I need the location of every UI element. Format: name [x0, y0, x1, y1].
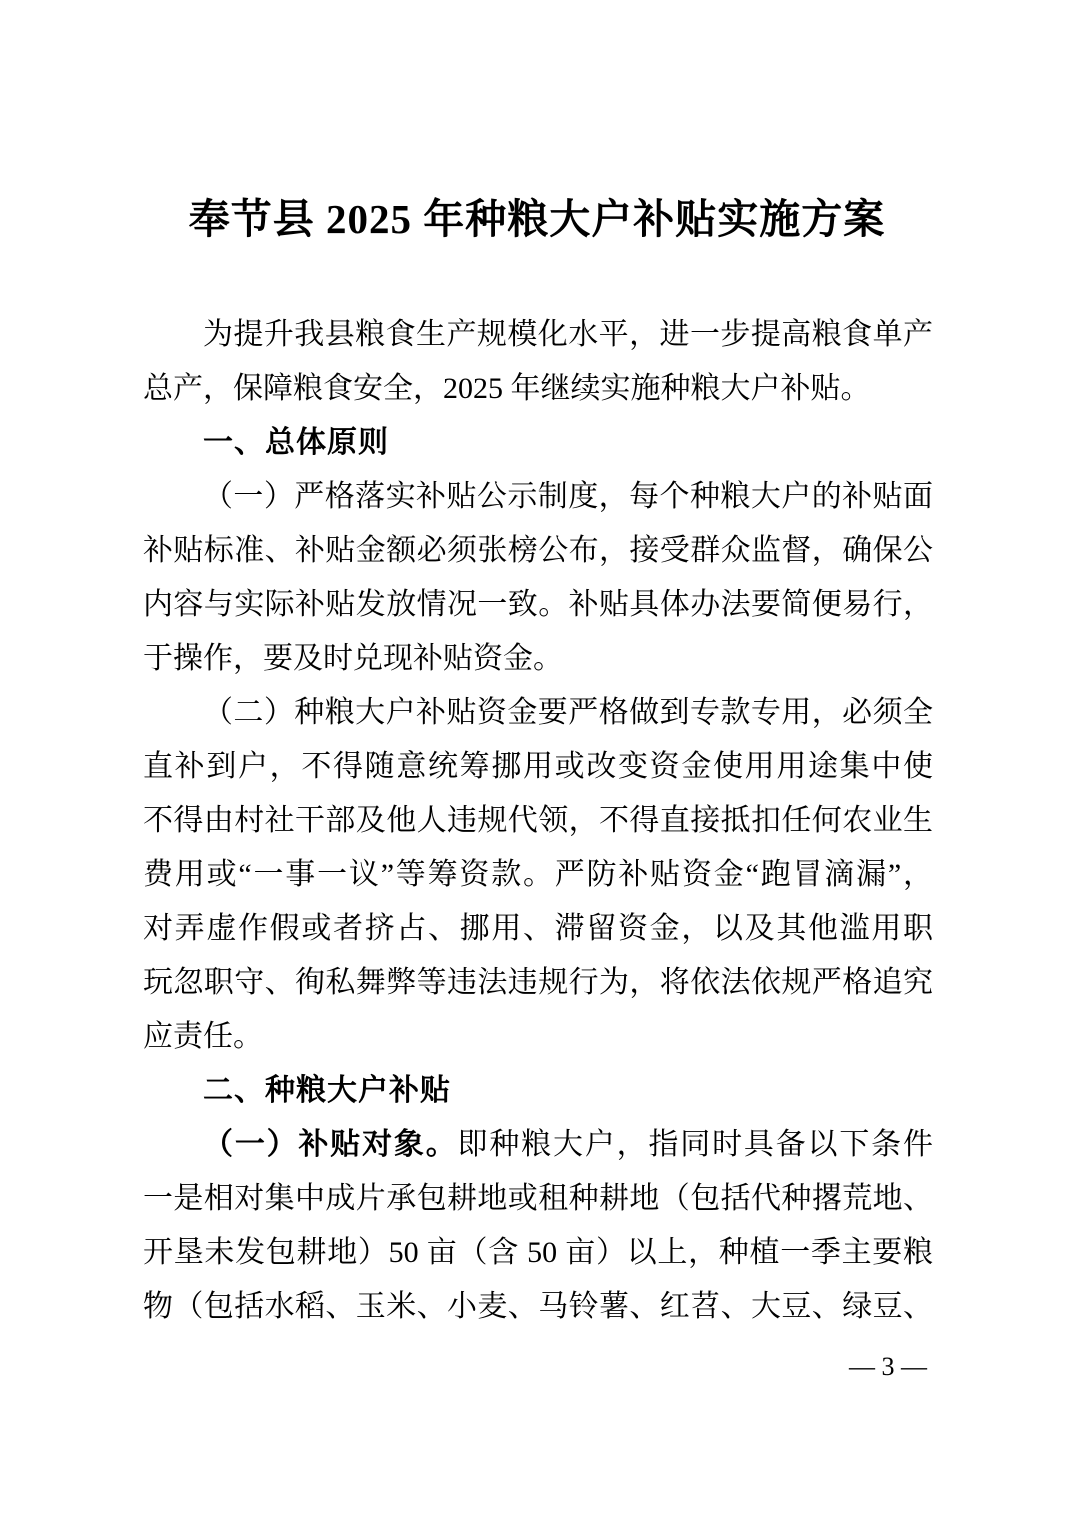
document-body: 为提升我县粮食生产规模化水平，进一步提高粮食单产和总产，保障粮食安全，2025 … — [143, 308, 933, 1334]
paragraph: （一）严格落实补贴公示制度，每个种粮大户的补贴面积、补贴标准、补贴金额必须张榜公… — [143, 470, 933, 686]
text-line: 于操作，要及时兑现补贴资金。 — [143, 632, 933, 686]
text-line: 费用或“一事一议”等筹资款。严防补贴资金“跑冒滴漏”， — [143, 848, 933, 902]
text-line: 直补到户，不得随意统筹挪用或改变资金使用用途集中使用。 — [143, 740, 933, 794]
text-line: 应责任。 — [143, 1010, 933, 1064]
document-title: 奉节县 2025 年种粮大户补贴实施方案 — [0, 194, 1074, 244]
text-line: 不得由村社干部及他人违规代领，不得直接抵扣任何农业生产 — [143, 794, 933, 848]
document-page: { "page": { "width": 1074, "height": 152… — [0, 0, 1074, 1520]
paragraph: 为提升我县粮食生产规模化水平，进一步提高粮食单产和总产，保障粮食安全，2025 … — [143, 308, 933, 416]
page-number: — 3 — — [0, 1350, 1074, 1384]
paragraph: （二）种粮大户补贴资金要严格做到专款专用，必须全部直补到户，不得随意统筹挪用或改… — [143, 686, 933, 1064]
section-heading: 二、种粮大户补贴 — [143, 1064, 933, 1118]
text-line: 玩忽职守、徇私舞弊等违法违规行为，将依法依规严格追究相 — [143, 956, 933, 1010]
text-line: （一）严格落实补贴公示制度，每个种粮大户的补贴面积、 — [143, 470, 933, 524]
text-line: 补贴标准、补贴金额必须张榜公布，接受群众监督，确保公示 — [143, 524, 933, 578]
text-line: 物（包括水稻、玉米、小麦、马铃薯、红苕、大豆、绿豆、豌 — [143, 1280, 933, 1334]
text-line: 对弄虚作假或者挤占、挪用、滞留资金，以及其他滥用职权、 — [143, 902, 933, 956]
bold-lead-in: （一）补贴对象。 — [203, 1128, 458, 1161]
text-line: （一）补贴对象。即种粮大户，指同时具备以下条件的： — [143, 1118, 933, 1172]
paragraph: （一）补贴对象。即种粮大户，指同时具备以下条件的：一是相对集中成片承包耕地或租种… — [143, 1118, 933, 1334]
text-line: 二、种粮大户补贴 — [143, 1064, 933, 1118]
text-line: （二）种粮大户补贴资金要严格做到专款专用，必须全部 — [143, 686, 933, 740]
text-line: 内容与实际补贴发放情况一致。补贴具体办法要简便易行，便 — [143, 578, 933, 632]
text-line: 总产，保障粮食安全，2025 年继续实施种粮大户补贴。 — [143, 362, 933, 416]
text-line: 为提升我县粮食生产规模化水平，进一步提高粮食单产和 — [143, 308, 933, 362]
text-line: 一是相对集中成片承包耕地或租种耕地（包括代种撂荒地、新 — [143, 1172, 933, 1226]
section-heading: 一、总体原则 — [143, 416, 933, 470]
text-line: 一、总体原则 — [143, 416, 933, 470]
text-line: 开垦未发包耕地）50 亩（含 50 亩）以上，种植一季主要粮食作 — [143, 1226, 933, 1280]
